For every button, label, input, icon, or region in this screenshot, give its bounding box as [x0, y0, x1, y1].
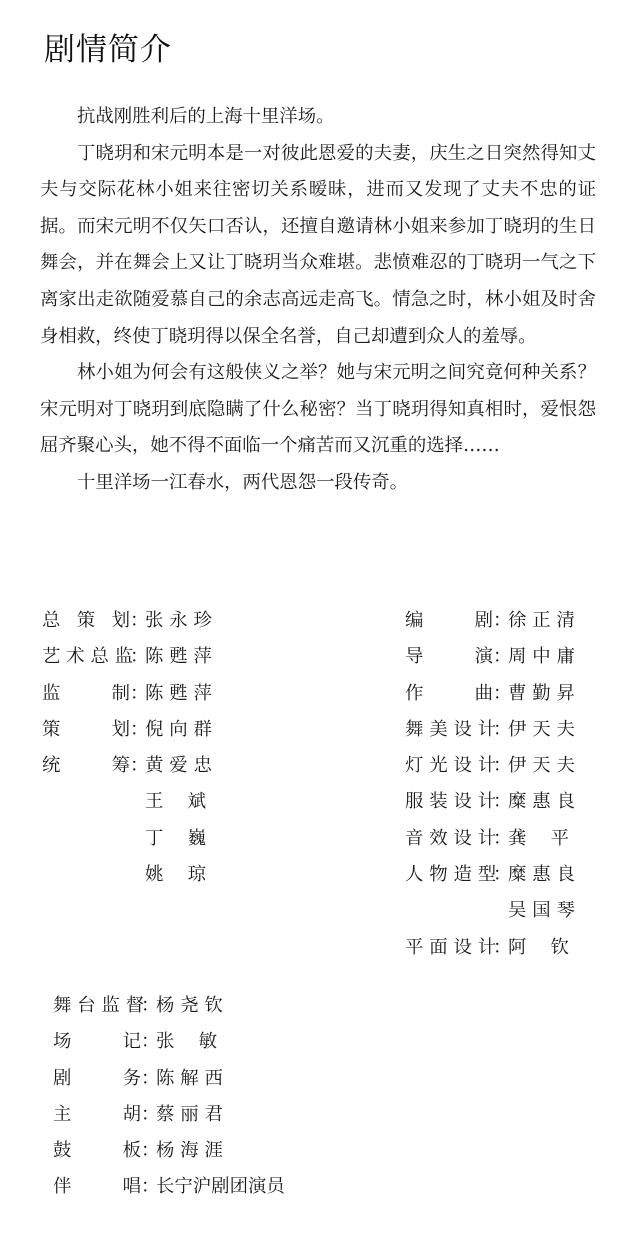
credit-name: 姚 琼	[145, 857, 206, 893]
credit-role: 平 面 设 计	[405, 930, 493, 966]
credit-role: 场 记	[53, 1024, 141, 1060]
credit-role	[42, 857, 130, 893]
credits-left: 总 策 划：张 永 珍 艺 术 总 监：陈 甦 萍 监 制：陈 甦 萍 策 划：…	[42, 603, 206, 893]
credit-role: 舞 台 监 督	[53, 988, 141, 1024]
credit-name: 曹 勤 昇	[508, 676, 569, 712]
credit-role: 服 装 设 计	[405, 784, 493, 820]
synopsis-paragraph: 抗战刚胜利后的上海十里洋场。	[40, 99, 596, 136]
credit-name: 丁 巍	[145, 821, 206, 857]
credit-role: 舞 美 设 计	[405, 712, 493, 748]
credit-row: 吴 国 琴	[405, 893, 569, 929]
credit-name: 糜 惠 良	[508, 784, 569, 820]
credit-colon: ：	[141, 1061, 156, 1097]
credit-row: 主 胡：蔡 丽 君	[53, 1097, 285, 1133]
credit-name: 蔡 丽 君	[156, 1097, 223, 1133]
credit-row: 鼓 板：杨 海 涯	[53, 1133, 285, 1169]
credit-colon: ：	[141, 1169, 156, 1205]
credit-colon: ：	[141, 1097, 156, 1133]
page-title: 剧情简介	[44, 28, 172, 72]
credit-row: 编 剧：徐 正 清	[405, 603, 569, 639]
credit-role: 导 演	[405, 639, 493, 675]
credit-row: 服 装 设 计：糜 惠 良	[405, 784, 569, 820]
credit-colon: ：	[130, 676, 145, 712]
credit-colon: ：	[130, 603, 145, 639]
credit-row: 姚 琼	[42, 857, 206, 893]
credit-row: 剧 务：陈 解 西	[53, 1061, 285, 1097]
credit-role: 人 物 造 型	[405, 857, 493, 893]
credit-name: 糜 惠 良	[508, 857, 569, 893]
credit-colon: ：	[493, 676, 508, 712]
synopsis-paragraph: 林小姐为何会有这般侠义之举？她与宋元明之间究竟何种关系？宋元明对丁晓玥到底隐瞒了…	[40, 355, 596, 465]
credit-colon-blank	[130, 784, 145, 820]
credit-name: 伊 天 夫	[508, 712, 569, 748]
credit-name: 吴 国 琴	[508, 893, 569, 929]
credit-name: 杨 尧 钦	[156, 988, 223, 1024]
credit-role: 伴 唱	[53, 1169, 141, 1205]
credit-colon: ：	[141, 988, 156, 1024]
synopsis-paragraph: 丁晓玥和宋元明本是一对彼此恩爱的夫妻，庆生之日突然得知丈夫与交际花林小姐来往密切…	[40, 136, 596, 356]
credit-role	[42, 821, 130, 857]
credit-role: 灯 光 设 计	[405, 748, 493, 784]
credit-role: 监 制	[42, 676, 130, 712]
synopsis: 抗战刚胜利后的上海十里洋场。 丁晓玥和宋元明本是一对彼此恩爱的夫妻，庆生之日突然…	[40, 99, 596, 502]
credit-colon: ：	[130, 712, 145, 748]
credit-row: 统 筹：黄 爱 忠	[42, 748, 206, 784]
credit-role: 鼓 板	[53, 1133, 141, 1169]
credit-name: 黄 爱 忠	[145, 748, 206, 784]
credit-colon: ：	[493, 857, 508, 893]
credit-name: 阿 钦	[508, 930, 569, 966]
credits-right: 编 剧：徐 正 清 导 演：周 中 庸 作 曲：曹 勤 昇 舞 美 设 计：伊 …	[405, 603, 569, 966]
credit-role: 音 效 设 计	[405, 821, 493, 857]
credit-row: 导 演：周 中 庸	[405, 639, 569, 675]
credit-name: 倪 向 群	[145, 712, 206, 748]
credit-role: 编 剧	[405, 603, 493, 639]
synopsis-paragraph: 十里洋场一江春水，两代恩怨一段传奇。	[40, 465, 596, 502]
credit-name: 长宁沪剧团演员	[156, 1169, 285, 1205]
credit-row: 监 制：陈 甦 萍	[42, 676, 206, 712]
credit-colon: ：	[493, 930, 508, 966]
credit-row: 平 面 设 计：阿 钦	[405, 930, 569, 966]
credit-row: 场 记：张 敏	[53, 1024, 285, 1060]
credit-colon: ：	[493, 639, 508, 675]
credit-name: 张 敏	[156, 1024, 217, 1060]
credit-colon: ：	[130, 639, 145, 675]
credit-name: 伊 天 夫	[508, 748, 569, 784]
credit-row: 音 效 设 计：龚 平	[405, 821, 569, 857]
credit-name: 陈 甦 萍	[145, 639, 206, 675]
credit-role	[42, 784, 130, 820]
credit-colon-blank	[130, 821, 145, 857]
credit-name: 周 中 庸	[508, 639, 569, 675]
credit-row: 艺 术 总 监：陈 甦 萍	[42, 639, 206, 675]
credit-colon: ：	[130, 748, 145, 784]
credit-row: 王 斌	[42, 784, 206, 820]
credit-row: 伴 唱：长宁沪剧团演员	[53, 1169, 285, 1205]
credit-row: 总 策 划：张 永 珍	[42, 603, 206, 639]
credit-row: 丁 巍	[42, 821, 206, 857]
credit-name: 陈 甦 萍	[145, 676, 206, 712]
credits-bottom: 舞 台 监 督：杨 尧 钦 场 记：张 敏 剧 务：陈 解 西 主 胡：蔡 丽 …	[53, 988, 285, 1206]
credit-role: 策 划	[42, 712, 130, 748]
credit-role: 总 策 划	[42, 603, 130, 639]
credit-role: 统 筹	[42, 748, 130, 784]
credit-name: 张 永 珍	[145, 603, 206, 639]
credit-name: 龚 平	[508, 821, 569, 857]
credit-name: 王 斌	[145, 784, 206, 820]
credit-role: 艺 术 总 监	[42, 639, 130, 675]
credit-name: 徐 正 清	[508, 603, 569, 639]
credit-colon-blank	[493, 893, 508, 929]
credit-role	[405, 893, 493, 929]
credit-row: 作 曲：曹 勤 昇	[405, 676, 569, 712]
credit-role: 作 曲	[405, 676, 493, 712]
credit-colon: ：	[493, 784, 508, 820]
credit-name: 杨 海 涯	[156, 1133, 223, 1169]
credit-row: 舞 美 设 计：伊 天 夫	[405, 712, 569, 748]
credit-row: 人 物 造 型：糜 惠 良	[405, 857, 569, 893]
credit-name: 陈 解 西	[156, 1061, 223, 1097]
credit-role: 剧 务	[53, 1061, 141, 1097]
credit-colon-blank	[130, 857, 145, 893]
credit-colon: ：	[141, 1133, 156, 1169]
credit-colon: ：	[493, 821, 508, 857]
credit-colon: ：	[493, 603, 508, 639]
credit-colon: ：	[493, 712, 508, 748]
credit-role: 主 胡	[53, 1097, 141, 1133]
credit-row: 舞 台 监 督：杨 尧 钦	[53, 988, 285, 1024]
credit-colon: ：	[141, 1024, 156, 1060]
credit-colon: ：	[493, 748, 508, 784]
credit-row: 灯 光 设 计：伊 天 夫	[405, 748, 569, 784]
credit-row: 策 划：倪 向 群	[42, 712, 206, 748]
